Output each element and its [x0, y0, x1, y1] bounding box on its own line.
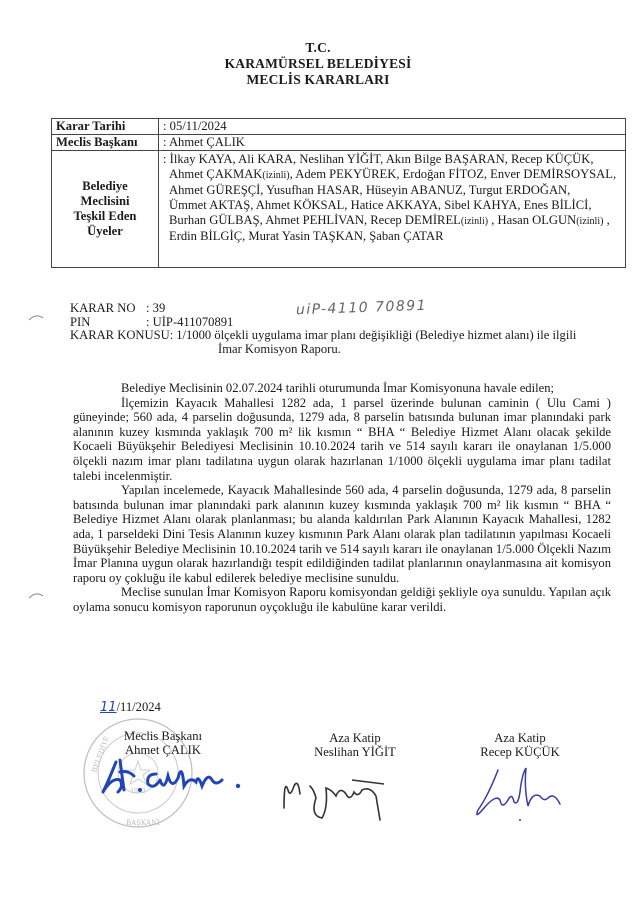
members-line: Ahmet GÜREŞÇİ, Yusufhan HASAR, Hüseyin A… — [163, 183, 621, 198]
decision-number-label: KARAR NO — [70, 302, 146, 316]
clerk2-signature-icon — [470, 762, 580, 822]
members-list: : İlkay KAYA, Ali KARA, Neslihan YİĞİT, … — [159, 151, 626, 268]
clerk1-signature-block: Aza Katip Neslihan YİĞİT — [300, 731, 410, 759]
clerk2-title: Aza Katip — [465, 731, 575, 745]
row-council-chair: Meclis Başkanı : Ahmet ÇALIK — [52, 135, 626, 151]
on-leave-note: (izinli) — [576, 216, 603, 227]
members-label-line: Meclisini — [56, 194, 154, 209]
document-header: T.C. KARAMÜRSEL BELEDİYESİ MECLİS KARARL… — [0, 40, 636, 88]
svg-text:BAŞKANI: BAŞKANI — [126, 819, 160, 827]
body-intro: Belediye Meclisinin 02.07.2024 tarihli o… — [73, 381, 611, 396]
chair-title: Meclis Başkanı — [113, 729, 213, 743]
body-paragraph-3: Meclise sunulan İmar Komisyon Raporu kom… — [73, 585, 611, 614]
pin-label: PIN — [70, 316, 146, 330]
members-label: Belediye Meclisini Teşkil Eden Üyeler — [52, 151, 159, 268]
members-line: Ümmet AKTAŞ, Ahmet KÖKSAL, Hatice AKKAYA… — [163, 198, 621, 213]
pin-value: : UİP-411070891 — [146, 316, 233, 330]
members-label-line: Üyeler — [56, 224, 154, 239]
clerk1-signature-icon — [280, 768, 400, 828]
body-paragraph-2: Yapılan incelemede, Kayacık Mahallesinde… — [73, 483, 611, 585]
on-leave-note: (izinli) — [461, 216, 488, 227]
chair-signature-icon — [98, 752, 248, 802]
clerk1-name: Neslihan YİĞİT — [300, 745, 410, 759]
subject-value: 1/1000 ölçekli uygulama imar planı değiş… — [173, 329, 576, 343]
decision-number-value: : 39 — [146, 302, 165, 316]
members-label-line: Belediye — [56, 179, 154, 194]
council-chair-label: Meclis Başkanı — [52, 135, 159, 151]
subject-value-continued: İmar Komisyon Raporu. — [70, 343, 576, 357]
subject-row: KARAR KONUSU: 1/1000 ölçekli uygulama im… — [70, 329, 576, 343]
council-chair-value: : Ahmet ÇALIK — [159, 135, 626, 151]
header-title: MECLİS KARARLARI — [0, 72, 636, 88]
clerk1-title: Aza Katip — [300, 731, 410, 745]
members-line: Erdin BİLGİÇ, Murat Yasin TAŞKAN, Şaban … — [163, 229, 621, 244]
decision-date-value: : 05/11/2024 — [159, 119, 626, 135]
row-decision-date: Karar Tarihi : 05/11/2024 — [52, 119, 626, 135]
pin-row: PIN : UİP-411070891 — [70, 316, 576, 330]
clerk2-name: Recep KÜÇÜK — [465, 745, 575, 759]
header-municipality: KARAMÜRSEL BELEDİYESİ — [0, 56, 636, 72]
members-line: Burhan GÜLBAŞ, Ahmet PEHLİVAN, Recep DEM… — [163, 213, 621, 229]
council-info-table: Karar Tarihi : 05/11/2024 Meclis Başkanı… — [51, 118, 626, 268]
signature-date-day: 11 — [100, 700, 117, 715]
header-tc: T.C. — [0, 40, 636, 56]
members-line: Ahmet ÇAKMAK(izinli), Adem PEKYÜREK, Erd… — [163, 167, 621, 183]
subject-label: KARAR KONUSU: — [70, 329, 173, 343]
on-leave-note: (izinli) — [262, 170, 289, 181]
body-paragraph-1: İlçemizin Kayacık Mahallesi 1282 ada, 1 … — [73, 396, 611, 484]
margin-mark-icon — [28, 591, 44, 599]
margin-mark-icon — [28, 313, 44, 321]
clerk2-signature-block: Aza Katip Recep KÜÇÜK — [465, 731, 575, 759]
decision-date-label: Karar Tarihi — [52, 119, 159, 135]
signature-date-rest: /11/2024 — [117, 700, 161, 714]
members-label-line: Teşkil Eden — [56, 209, 154, 224]
row-members: Belediye Meclisini Teşkil Eden Üyeler : … — [52, 151, 626, 268]
members-line: : İlkay KAYA, Ali KARA, Neslihan YİĞİT, … — [163, 152, 621, 167]
signature-date: 11/11/2024 — [100, 700, 161, 715]
decision-body: Belediye Meclisinin 02.07.2024 tarihli o… — [73, 381, 611, 615]
